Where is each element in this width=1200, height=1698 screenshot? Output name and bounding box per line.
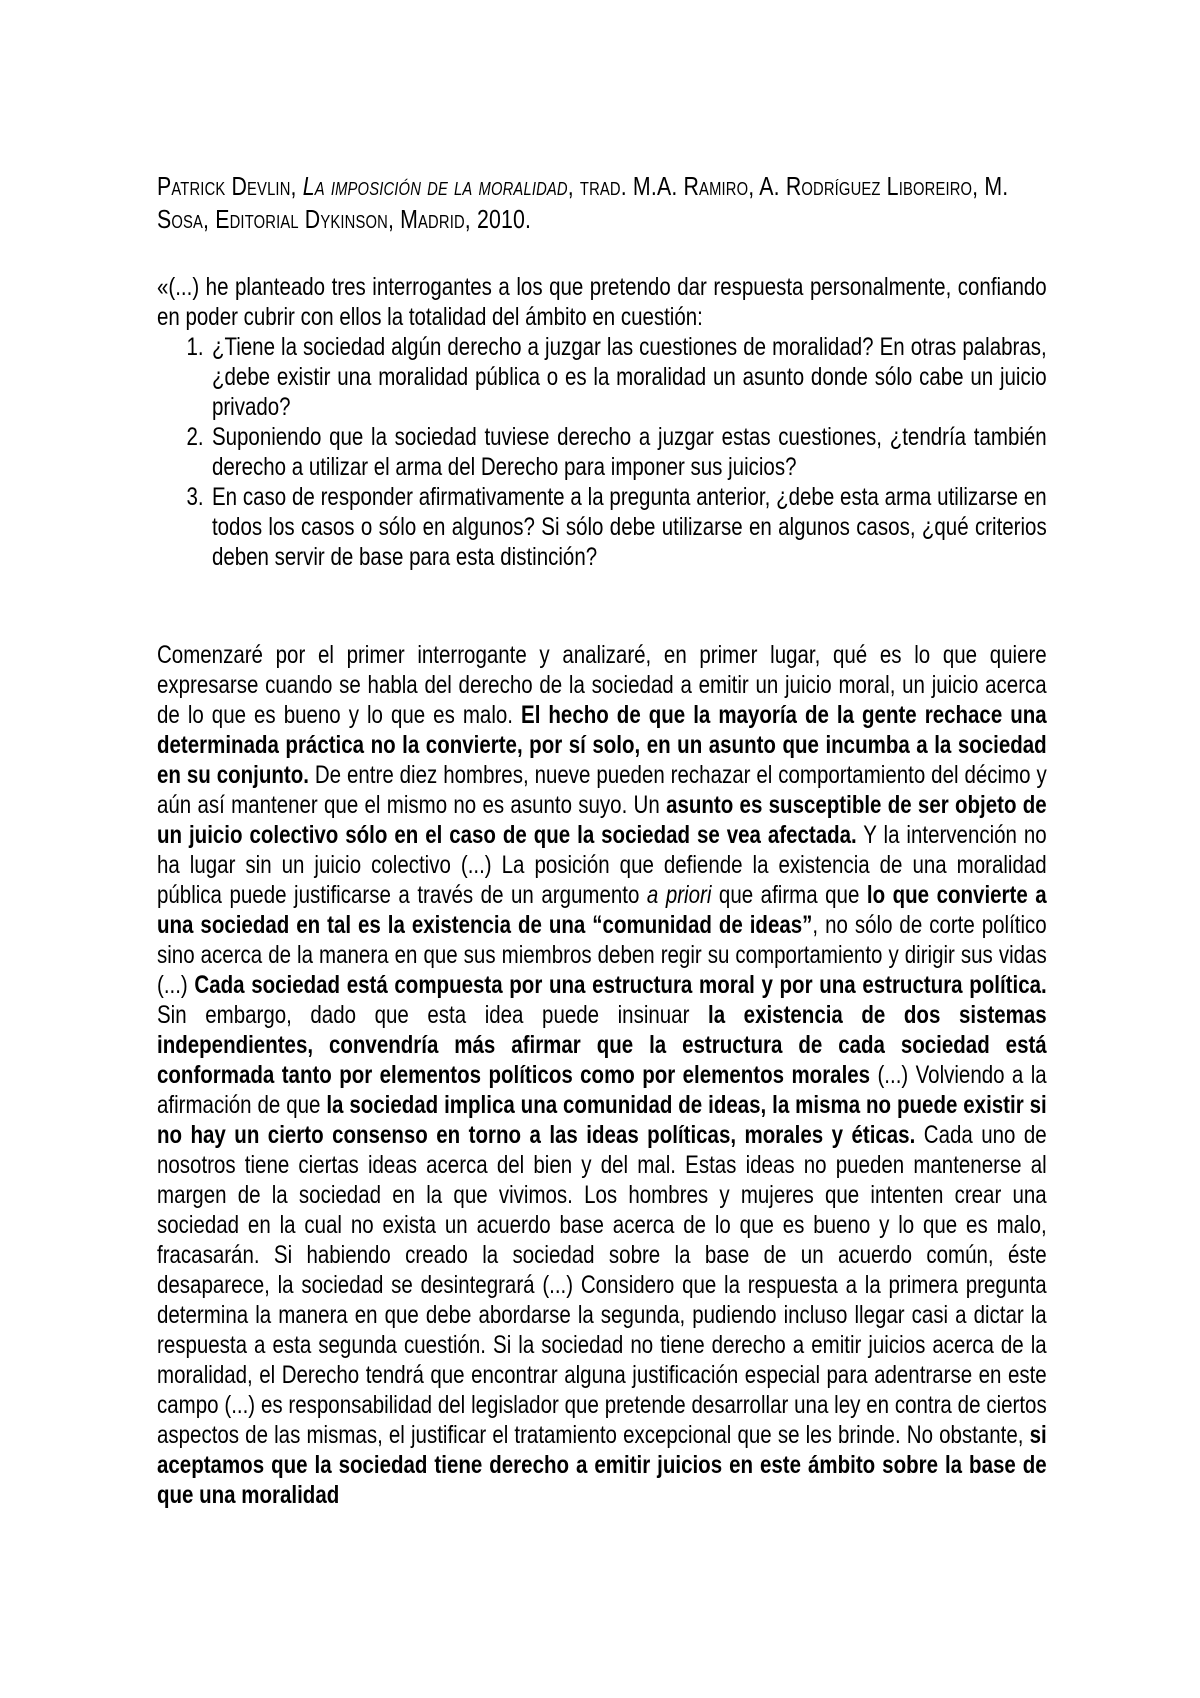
text-run: Cada sociedad está compuesta por una est… [194, 971, 1046, 999]
list-item: 2. Suponiendo que la sociedad tuviese de… [157, 422, 1047, 482]
list-item: 1. ¿Tiene la sociedad algún derecho a ju… [157, 332, 1047, 422]
bibliographic-reference: Patrick Devlin, La imposición de la mora… [157, 170, 1047, 236]
document-page: Patrick Devlin, La imposición de la mora… [0, 0, 1200, 1698]
text-run: a priori [647, 881, 711, 909]
reference-author: Patrick Devlin, [157, 171, 303, 201]
numbered-question-list: 1. ¿Tiene la sociedad algún derecho a ju… [157, 332, 1047, 572]
text-run: Sin embargo, dado que esta idea puede in… [157, 1001, 708, 1029]
reference-book-title: La imposición de la moralidad [303, 171, 568, 201]
text-run: Cada uno de nosotros tiene ciertas ideas… [157, 1121, 1047, 1449]
list-number: 3. [187, 482, 204, 512]
list-item: 3. En caso de responder afirmativamente … [157, 482, 1047, 572]
body-paragraph: Comenzaré por el primer interrogante y a… [157, 640, 1047, 1510]
list-text: En caso de responder afirmativamente a l… [212, 483, 1047, 571]
text-run: que afirma que [711, 881, 866, 909]
list-text: ¿Tiene la sociedad algún derecho a juzga… [212, 333, 1047, 421]
list-number: 2. [187, 422, 204, 452]
text-column: Patrick Devlin, La imposición de la mora… [157, 170, 1047, 1510]
list-number: 1. [187, 332, 204, 362]
list-text: Suponiendo que la sociedad tuviese derec… [212, 423, 1047, 481]
intro-paragraph: «(...) he planteado tres interrogantes a… [157, 272, 1047, 332]
